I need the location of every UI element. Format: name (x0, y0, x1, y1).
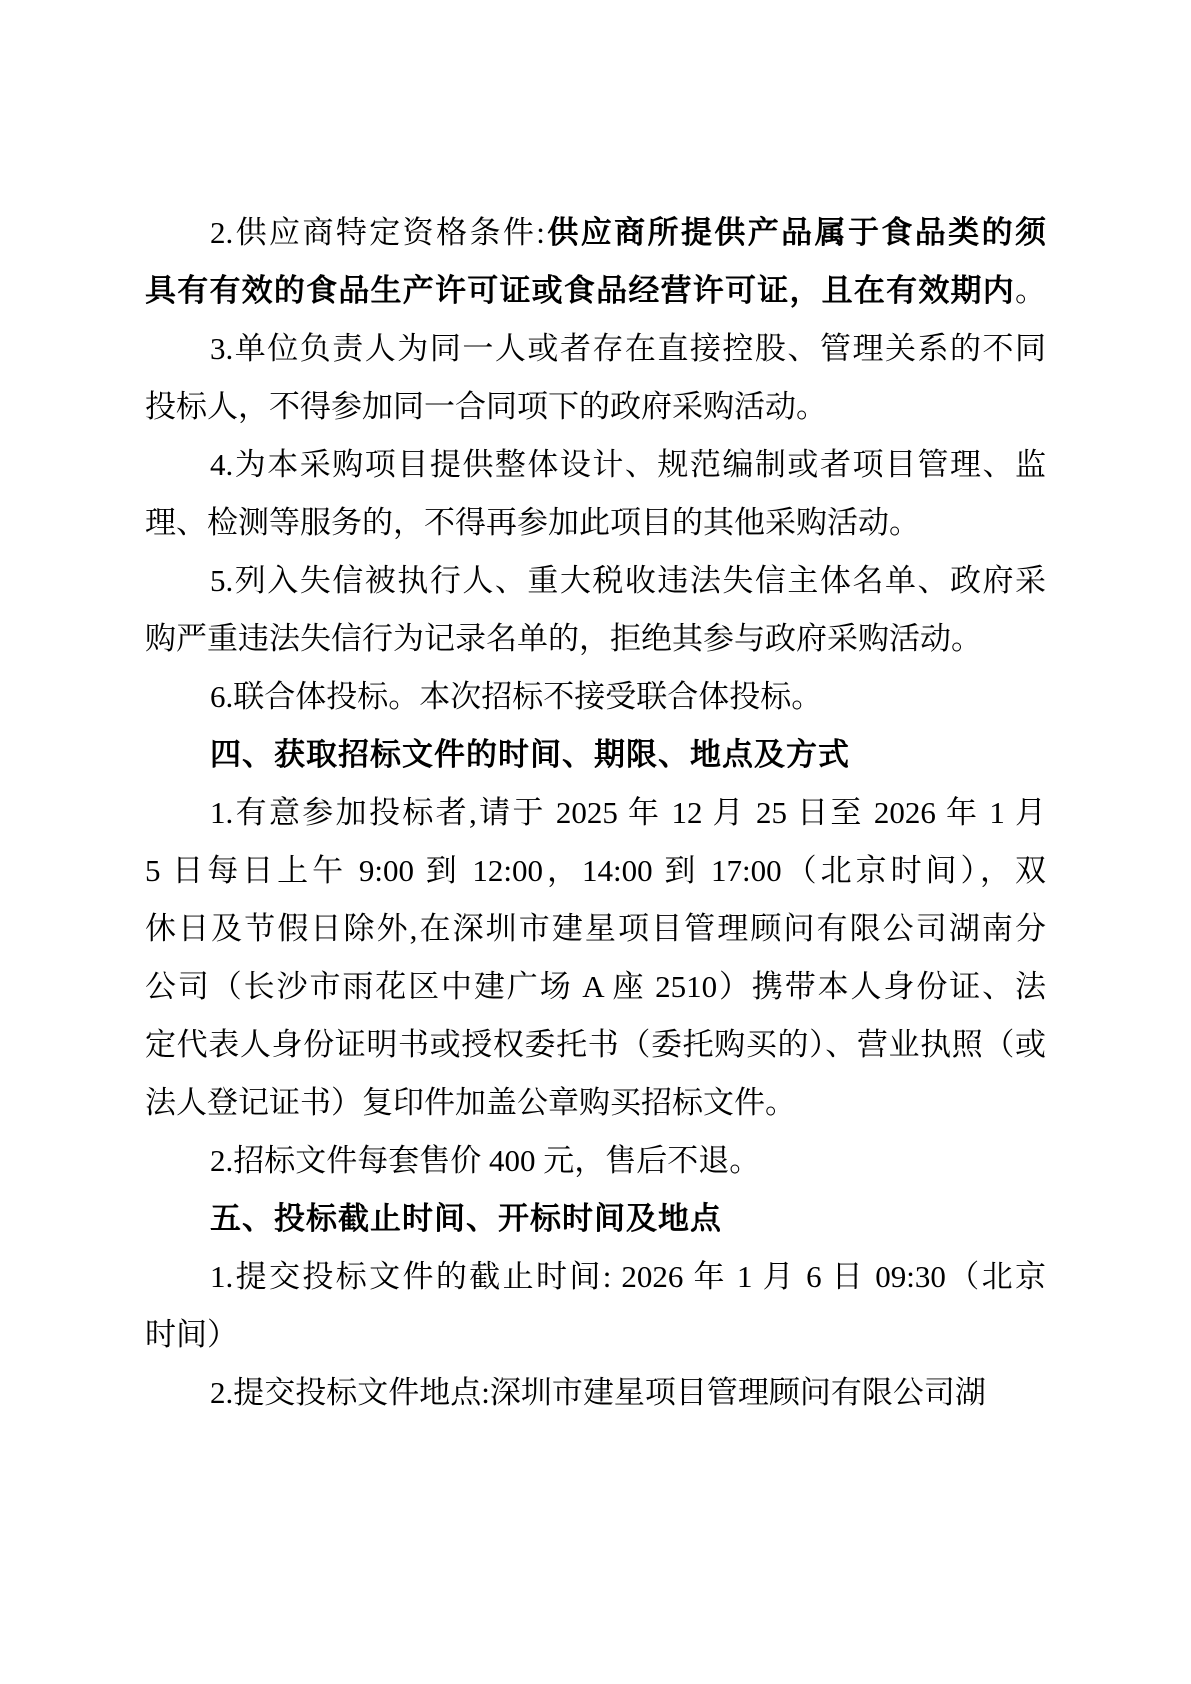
section-5-clause-2-line-1: 2.提交投标文件地点:深圳市建星项目管理顾问有限公司湖 (145, 1364, 1046, 1422)
text-segment: 理、检测等服务的，不得再参加此项目的其他采购活动。 (145, 505, 920, 540)
text-segment: 购严重违法失信行为记录名单的，拒绝其参与政府采购活动。 (145, 621, 982, 656)
section-4-clause-1-line-2: 5 日每日上午 9:00 到 12:00，14:00 到 17:00（北京时间）… (145, 842, 1046, 900)
section-4-clause-2-price: 2.招标文件每套售价 400 元，售后不退。 (145, 1132, 1046, 1190)
bold-text-segment: 供应商所提供产品属于食品类的须 (545, 215, 1046, 250)
text-block: 2.供应商特定资格条件:供应商所提供产品属于食品类的须具有有效的食品生产许可证或… (145, 204, 1046, 1422)
text-segment: 1.提交投标文件的截止时间: 2026 年 1 月 6 日 09:30（北京 (210, 1259, 1046, 1294)
section-4-clause-1-line-6: 法人登记证书）复印件加盖公章购买招标文件。 (145, 1074, 1046, 1132)
text-segment: 3.单位负责人为同一人或者存在直接控股、管理关系的不同 (210, 331, 1046, 366)
section-4-clause-1-line-1: 1.有意参加投标者,请于 2025 年 12 月 25 日至 2026 年 1 … (145, 784, 1046, 842)
clause-3-same-responsible-person-line-2: 投标人，不得参加同一合同项下的政府采购活动。 (145, 378, 1046, 436)
text-segment: 5 日每日上午 9:00 到 12:00，14:00 到 17:00（北京时间）… (145, 853, 1046, 888)
section-4-clause-1-line-4: 公司（长沙市雨花区中建广场 A 座 2510）携带本人身份证、法 (145, 958, 1046, 1016)
text-segment: 法人登记证书）复印件加盖公章购买招标文件。 (145, 1085, 796, 1120)
document-page: 2.供应商特定资格条件:供应商所提供产品属于食品类的须具有有效的食品生产许可证或… (0, 0, 1191, 1684)
bold-text-segment: 具有有效的食品生产许可证或食品经营许可证，且在有效期内 (145, 273, 1015, 308)
text-segment: 1.有意参加投标者,请于 2025 年 12 月 25 日至 2026 年 1 … (210, 795, 1046, 830)
clause-5-dishonest-list-line-1: 5.列入失信被执行人、重大税收违法失信主体名单、政府采 (145, 552, 1046, 610)
clause-4-design-services-line-2: 理、检测等服务的，不得再参加此项目的其他采购活动。 (145, 494, 1046, 552)
text-segment: 6.联合体投标。本次招标不接受联合体投标。 (210, 679, 822, 714)
text-segment: 休日及节假日除外,在深圳市建星项目管理顾问有限公司湖南分 (145, 911, 1046, 946)
clause-2-supplier-qualification-line-1: 2.供应商特定资格条件:供应商所提供产品属于食品类的须 (145, 204, 1046, 262)
clause-4-design-services-line-1: 4.为本采购项目提供整体设计、规范编制或者项目管理、监 (145, 436, 1046, 494)
text-segment: 公司（长沙市雨花区中建广场 A 座 2510）携带本人身份证、法 (145, 969, 1046, 1004)
clause-3-same-responsible-person-line-1: 3.单位负责人为同一人或者存在直接控股、管理关系的不同 (145, 320, 1046, 378)
section-4-clause-1-line-3: 休日及节假日除外,在深圳市建星项目管理顾问有限公司湖南分 (145, 900, 1046, 958)
text-segment: 5.列入失信被执行人、重大税收违法失信主体名单、政府采 (210, 563, 1046, 598)
text-segment: 2.提交投标文件地点:深圳市建星项目管理顾问有限公司湖 (210, 1375, 986, 1410)
text-segment: 2.招标文件每套售价 400 元，售后不退。 (210, 1143, 760, 1178)
section-heading-4-obtain-documents: 四、获取招标文件的时间、期限、地点及方式 (145, 726, 1046, 784)
text-segment: 定代表人身份证明书或授权委托书（委托购买的）、营业执照（或 (145, 1027, 1046, 1062)
text-segment: 2.供应商特定资格条件: (210, 215, 545, 250)
text-segment: 时间） (145, 1317, 238, 1352)
section-heading-5-deadline-opening: 五、投标截止时间、开标时间及地点 (145, 1190, 1046, 1248)
section-5-clause-1-line-2: 时间） (145, 1306, 1046, 1364)
text-segment: 。 (1015, 273, 1046, 308)
bold-text-segment: 五、投标截止时间、开标时间及地点 (210, 1201, 722, 1236)
clause-5-dishonest-list-line-2: 购严重违法失信行为记录名单的，拒绝其参与政府采购活动。 (145, 610, 1046, 668)
text-segment: 4.为本采购项目提供整体设计、规范编制或者项目管理、监 (210, 447, 1046, 482)
text-segment: 投标人，不得参加同一合同项下的政府采购活动。 (145, 389, 827, 424)
clause-6-consortium-bidding: 6.联合体投标。本次招标不接受联合体投标。 (145, 668, 1046, 726)
clause-2-supplier-qualification-line-2: 具有有效的食品生产许可证或食品经营许可证，且在有效期内。 (145, 262, 1046, 320)
section-5-clause-1-line-1: 1.提交投标文件的截止时间: 2026 年 1 月 6 日 09:30（北京 (145, 1248, 1046, 1306)
section-4-clause-1-line-5: 定代表人身份证明书或授权委托书（委托购买的）、营业执照（或 (145, 1016, 1046, 1074)
bold-text-segment: 四、获取招标文件的时间、期限、地点及方式 (210, 737, 850, 772)
